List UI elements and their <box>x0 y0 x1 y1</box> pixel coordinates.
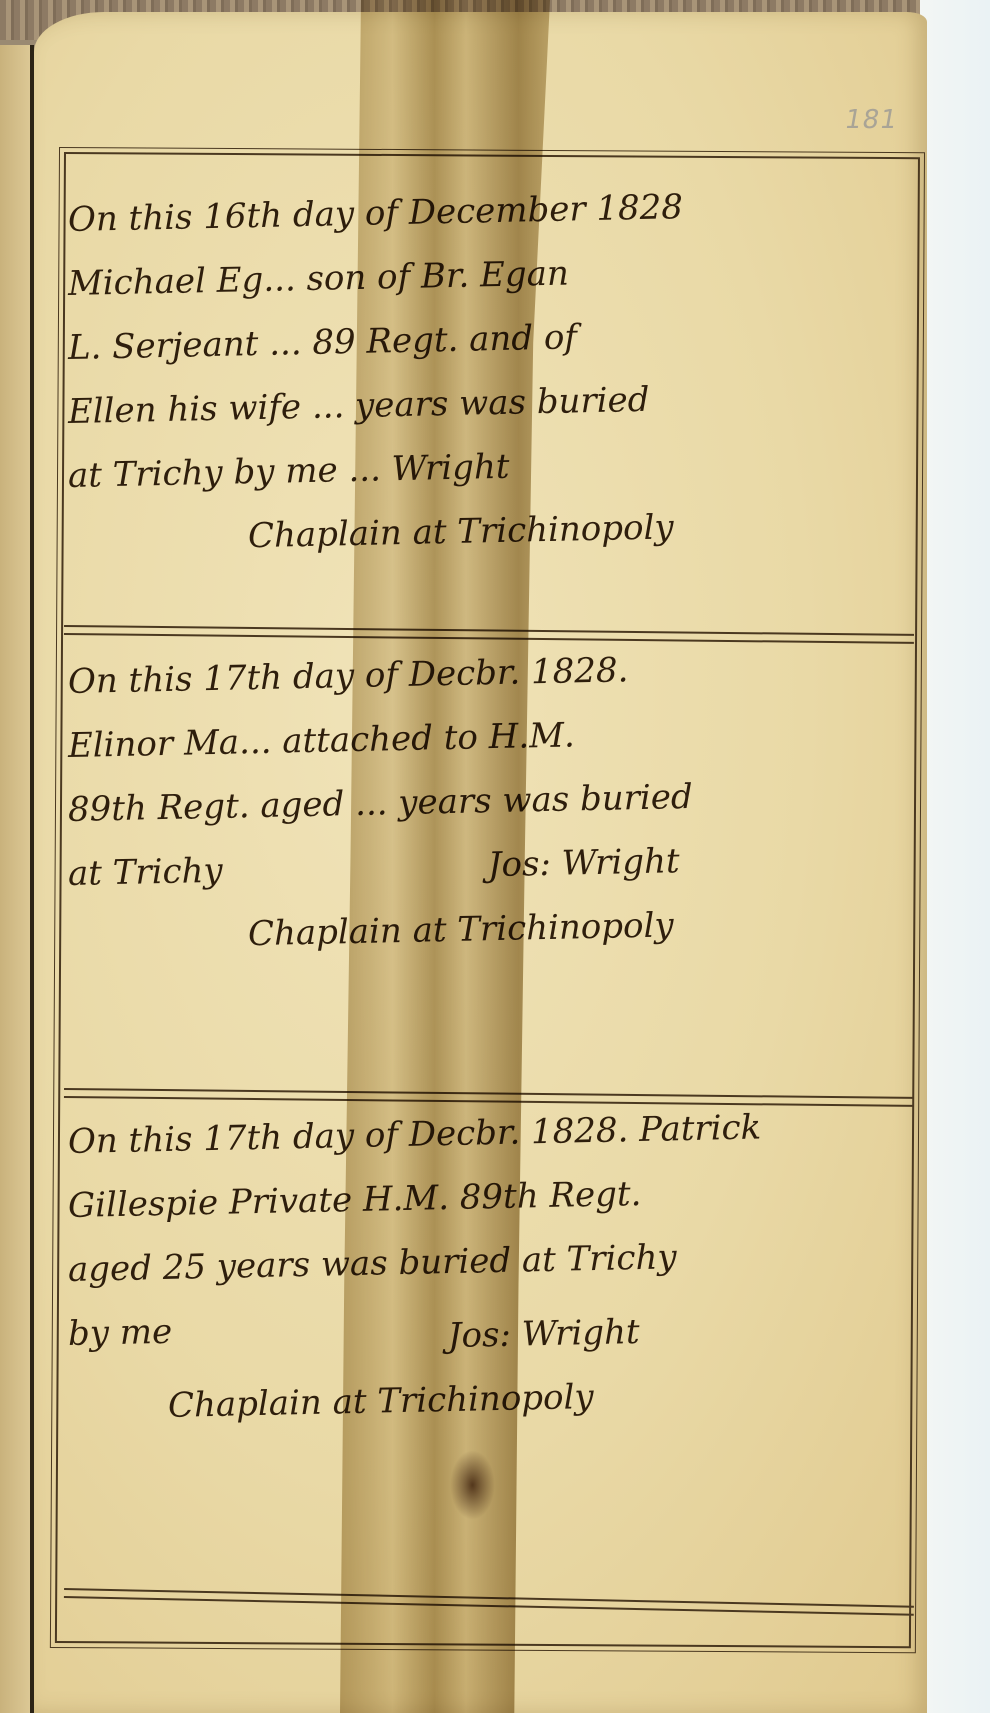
previous-page-edge <box>0 45 34 1713</box>
page-number: 181 <box>842 105 900 135</box>
background-right-edge <box>920 0 990 1713</box>
